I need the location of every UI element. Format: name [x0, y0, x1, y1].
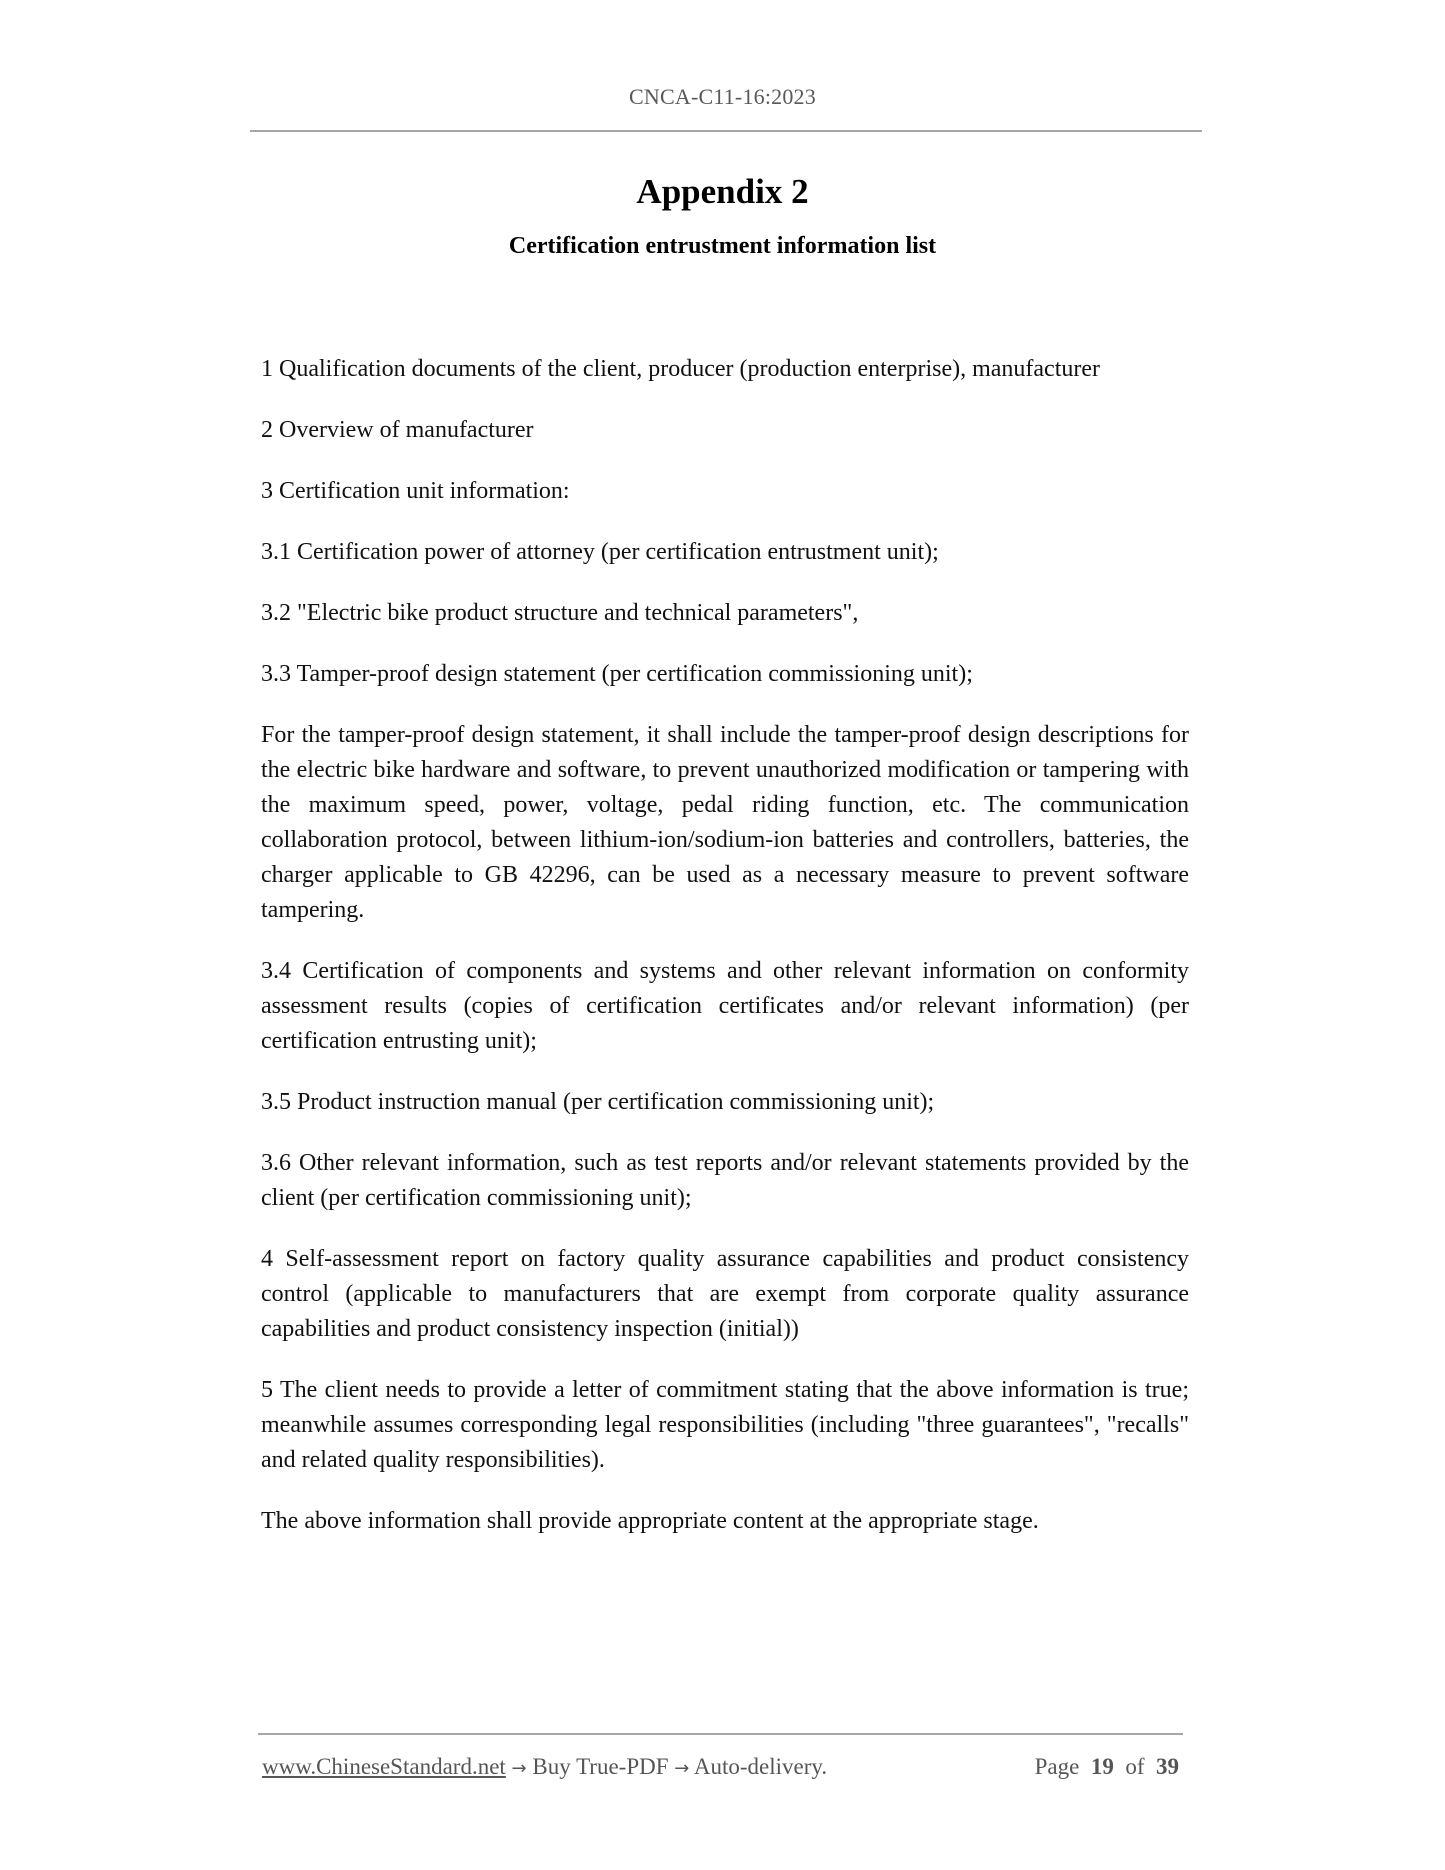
item-3: 3 Certification unit information:: [261, 474, 1189, 509]
tamper-proof-paragraph: For the tamper-proof design statement, i…: [261, 718, 1189, 928]
item-3-4: 3.4 Certification of components and syst…: [261, 954, 1189, 1059]
item-3-1: 3.1 Certification power of attorney (per…: [261, 535, 1189, 570]
page-number: Page 19 of 39: [1035, 1754, 1179, 1780]
document-code-header: CNCA-C11-16:2023: [0, 84, 1445, 110]
item-3-2: 3.2 "Electric bike product structure and…: [261, 596, 1189, 631]
item-5: 5 The client needs to provide a letter o…: [261, 1373, 1189, 1478]
footer-step-delivery: Auto-delivery.: [694, 1754, 827, 1779]
header-divider: [250, 130, 1202, 132]
website-link[interactable]: www.ChineseStandard.net: [262, 1754, 506, 1779]
item-4: 4 Self-assessment report on factory qual…: [261, 1242, 1189, 1347]
appendix-title: Appendix 2: [0, 172, 1445, 212]
page-label: Page: [1035, 1754, 1080, 1779]
item-3-6: 3.6 Other relevant information, such as …: [261, 1146, 1189, 1216]
footer-divider: [258, 1733, 1183, 1735]
page-of-label: of: [1125, 1754, 1144, 1779]
right-arrow-icon: →: [512, 1758, 527, 1779]
right-arrow-icon: →: [674, 1758, 689, 1779]
item-3-3: 3.3 Tamper-proof design statement (per c…: [261, 657, 1189, 692]
item-2: 2 Overview of manufacturer: [261, 413, 1189, 448]
document-body: 1 Qualification documents of the client,…: [261, 352, 1189, 1565]
closing-note: The above information shall provide appr…: [261, 1504, 1189, 1539]
appendix-subtitle: Certification entrustment information li…: [0, 233, 1445, 260]
item-3-5: 3.5 Product instruction manual (per cert…: [261, 1085, 1189, 1120]
page-total: 39: [1156, 1754, 1179, 1779]
footer-promo: www.ChineseStandard.net → Buy True-PDF →…: [262, 1754, 827, 1780]
footer-step-buy: Buy True-PDF: [532, 1754, 668, 1779]
page-current: 19: [1091, 1754, 1114, 1779]
item-1: 1 Qualification documents of the client,…: [261, 352, 1189, 387]
